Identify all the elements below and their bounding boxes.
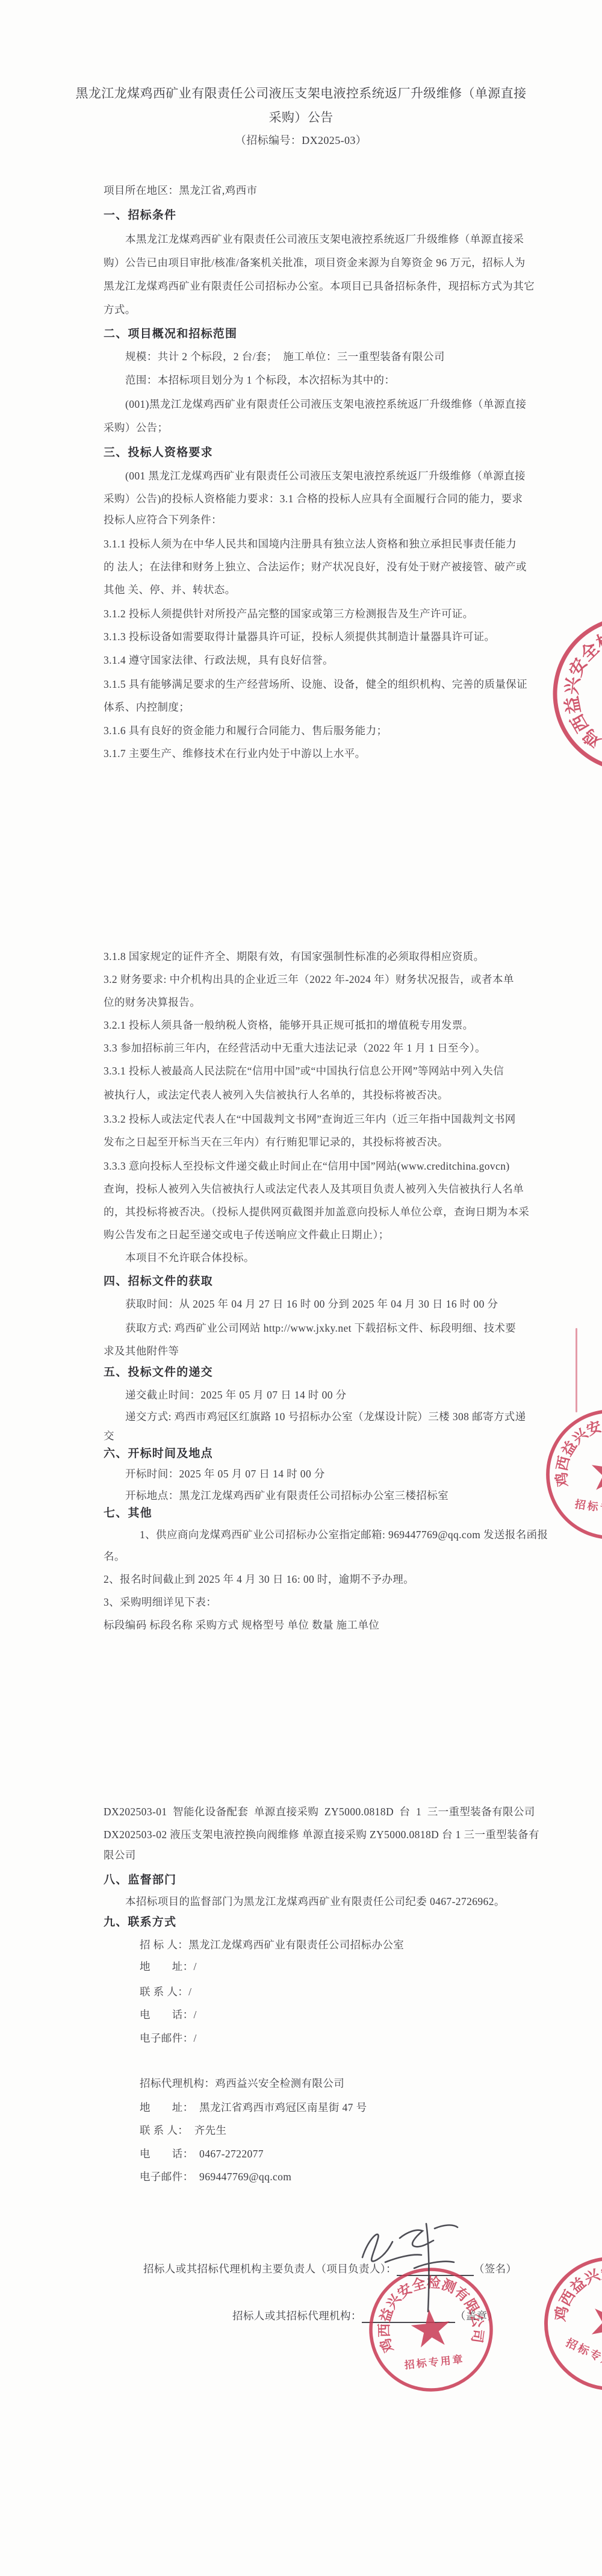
- contact-email: 电子邮件：/: [140, 2032, 197, 2045]
- text-line: 获取时间：从 2025 年 04 月 27 日 16 时 00 分到 2025 …: [125, 1298, 498, 1311]
- section-heading-9: 九、联系方式: [104, 1915, 176, 1930]
- document-page: 招标人或其招标代理机构主要负责人（项目负责人）：（签名） 招标人或其招标代理机构…: [0, 0, 602, 2576]
- document-title-line-2: 采购）公告: [0, 110, 602, 125]
- text-line: 查询，投标人被列入失信被执行人或法定代表人及其项目负责人被列入失信被执行人名单: [104, 1183, 524, 1196]
- text-line: 3.1.2 投标人须提供针对所投产品完整的国家或第三方检测报告及生产许可证。: [104, 608, 474, 621]
- seal-label: 招标人或其招标代理机构：: [232, 2308, 362, 2323]
- signature-underline: [397, 2264, 474, 2276]
- section-heading-4: 四、招标文件的获取: [104, 1274, 213, 1289]
- table-header-row: 标段编码 标段名称 采购方式 规格型号 单位 数量 施工单位: [104, 1619, 379, 1632]
- text-line: 的 法人；在法律和财务上独立、合法运作；财产状况良好，没有处于财产被接管、破产或: [104, 561, 527, 574]
- text-line: 获取方式: 鸡西矿业公司网站 http://www.jxky.net 下载招标文…: [125, 1322, 516, 1335]
- text-line: 3.1.3 投标设备如需要取得计量器具许可证，投标人须提供其制造计量器具许可证。: [104, 631, 495, 644]
- edge-stamp-fragment: 鸡西益兴安全检测有限公司招标专用章: [541, 1404, 602, 1545]
- signature-line: 招标人或其招标代理机构主要负责人（项目负责人）：（签名）: [143, 2261, 517, 2276]
- table-row: DX202503-01 智能化设备配套 单源直接采购 ZY5000.0818D …: [104, 1806, 535, 1819]
- text-line: 2、报名时间截止到 2025 年 4 月 30 日 16: 00 时，逾期不予办…: [104, 1573, 414, 1586]
- section-heading-7: 七、其他: [104, 1506, 152, 1521]
- text-line: 采购）公告；: [104, 422, 168, 435]
- text-line: 本项目不允许联合体投标。: [125, 1252, 255, 1265]
- text-line: 求及其他附件等: [104, 1345, 179, 1358]
- text-line: 开标地点：黑龙江龙煤鸡西矿业有限责任公司招标办公室三楼招标室: [125, 1489, 448, 1503]
- edge-stamp-fragment: 鸡西益兴安全检测有限公司招标专用章: [539, 2251, 602, 2396]
- text-line: 体系、内控制度；: [104, 701, 190, 714]
- star-icon: [588, 1450, 602, 1494]
- table-row: DX202503-02 液压支架电液控换向阀维修 单源直接采购 ZY5000.0…: [104, 1829, 539, 1842]
- text-line: 购）公告已由项目审批/核准/备案机关批准，项目资金来源为自筹资金 96 万元，招…: [104, 257, 526, 270]
- section-heading-8: 八、监督部门: [104, 1873, 176, 1888]
- section-heading-2: 二、项目概况和招标范围: [104, 327, 237, 341]
- text-line: 规模：共计 2 个标段，2 台/套； 施工单位：三一重型装备有限公司: [125, 351, 445, 364]
- text-line: 递交截止时间：2025 年 05 月 07 日 14 时 00 分: [125, 1389, 347, 1402]
- section-heading-1: 一、招标条件: [104, 208, 176, 223]
- text-line: 3.1.6 具有良好的资金能力和履行合同能力、售后服务能力；: [104, 725, 387, 738]
- text-line: 投标人应符合下列条件：: [104, 514, 222, 527]
- text-line: 黑龙江龙煤鸡西矿业有限责任公司招标办公室。本项目已具备招标条件，现招标方式为其它: [104, 280, 535, 293]
- stamp-ink-streak: [576, 1328, 577, 1412]
- signature-label: 招标人或其招标代理机构主要负责人（项目负责人）：: [143, 2261, 397, 2276]
- text-line: 被执行人，或法定代表人被列入失信被执行人名单的，其投标将被否决。: [104, 1089, 448, 1102]
- section-heading-3: 三、投标人资格要求: [104, 446, 213, 460]
- agency-email: 电子邮件： 969447769@qq.com: [140, 2171, 291, 2184]
- contact-person: 联 系 人：/: [140, 1986, 191, 1999]
- text-line: 方式。: [104, 304, 136, 317]
- text-line: 交: [104, 1430, 114, 1443]
- agency-official-stamp: 鸡西益兴安全检测有限公司招标专用章: [364, 2262, 498, 2397]
- text-line: 本招标项目的监督部门为黑龙江龙煤鸡西矿业有限责任公司纪委 0467-272696…: [125, 1895, 505, 1909]
- svg-text:招标专用章: 招标专用章: [574, 1497, 602, 1519]
- text-line: 3.3 参加招标前三年内，在经营活动中无重大违法记录（2022 年 1 月 1 …: [104, 1042, 486, 1055]
- text-line: 的，其投标将被否决。（投标人提供网页截图并加盖意向投标人单位公章，查询日期为本采: [104, 1206, 529, 1219]
- svg-text:招标专用章: 招标专用章: [403, 2353, 465, 2371]
- contact-tenderer: 招 标 人：黑龙江龙煤鸡西矿业有限责任公司招标办公室: [140, 1939, 404, 1952]
- text-line: 3.3.2 投标人或法定代表人在“中国裁判文书网”查询近三年内（近三年指中国裁判…: [104, 1113, 516, 1126]
- section-heading-5: 五、投标文件的递交: [104, 1365, 213, 1380]
- contact-address: 地 址：/: [140, 1960, 197, 1974]
- agency-person: 联 系 人： 齐先生: [140, 2124, 226, 2138]
- star-icon: [596, 659, 602, 725]
- agency-name: 招标代理机构：鸡西益兴安全检测有限公司: [140, 2077, 344, 2091]
- svg-text:鸡西益兴安全检测有限公司: 鸡西益兴安全检测有限公司: [551, 1409, 602, 1503]
- svg-text:招标专用章: 招标专用章: [563, 2336, 602, 2375]
- text-line: 其他 关、停、并、转状态。: [104, 584, 236, 597]
- contact-phone: 电 话：/: [140, 2009, 197, 2022]
- svg-text:鸡西益兴安全检测有限公司: 鸡西益兴安全检测有限公司: [548, 611, 602, 754]
- text-line: 3.3.1 投标人被最高人民法院在“信用中国”或“中国执行信息公开网”等网站中列…: [104, 1065, 504, 1078]
- section-heading-6: 六、开标时间及地点: [104, 1447, 213, 1461]
- svg-text:鸡西益兴安全检测有限公司: 鸡西益兴安全检测有限公司: [548, 2251, 602, 2368]
- text-line: 递交方式: 鸡西市鸡冠区红旗路 10 号招标办公室（龙煤设计院）三楼 308 邮…: [125, 1411, 526, 1424]
- tender-number: （招标编号：DX2025-03）: [0, 134, 602, 148]
- text-line: 3.1.8 国家规定的证件齐全、期限有效，有国家强制性标准的必须取得相应资质。: [104, 950, 484, 964]
- text-line: 3.1.7 主要生产、维修技术在行业内处于中游以上水平。: [104, 747, 366, 761]
- edge-stamp-fragment: 鸡西益兴安全检测有限公司招标专用章: [548, 611, 602, 777]
- text-line: 3.1.1 投标人须为在中华人民共和国境内注册具有独立法人资格和独立承担民事责任…: [104, 538, 517, 551]
- text-line: 1、供应商向龙煤鸡西矿业公司招标办公室指定邮箱: 969447769@qq.co…: [140, 1529, 548, 1542]
- text-line: 采购）公告)的投标人资格能力要求：3.1 合格的投标人应具有全面履行合同的能力，…: [104, 493, 523, 506]
- text-line: 3.3.3 意向投标人至投标文件递交截止时间止在“信用中国”网站(www.cre…: [104, 1160, 510, 1173]
- text-line: 发布之日起至开标当天在三年内）有行贿犯罪记录的，其投标将被否决。: [104, 1136, 448, 1149]
- text-line: (001 黑龙江龙煤鸡西矿业有限责任公司液压支架电液控系统返厂升级维修（单源直接: [125, 470, 526, 483]
- text-line: 3.2 财务要求: 中介机构出具的企业近三年（2022 年-2024 年）财务状…: [104, 973, 514, 987]
- text-line: 购公告发布之日起至递交或电子传送响应文件截止日期止）；: [104, 1229, 389, 1242]
- text-line: 3.1.4 遵守国家法律、行政法规，具有良好信誉。: [104, 654, 334, 667]
- text-line: 3.1.5 具有能够满足要求的生产经营场所、设施、设备，健全的组织机构、完善的质…: [104, 678, 527, 691]
- text-line: 名。: [104, 1550, 125, 1564]
- text-line: 本黑龙江龙煤鸡西矿业有限责任公司液压支架电液控系统返厂升级维修（单源直接采: [125, 233, 524, 246]
- text-line: 范围：本招标项目划分为 1 个标段，本次招标为其中的：: [125, 374, 395, 387]
- text-line: 3.2.1 投标人须具备一般纳税人资格，能够开具正规可抵扣的增值税专用发票。: [104, 1019, 474, 1032]
- text-line: 3、采购明细详见下表：: [104, 1596, 217, 1609]
- agency-phone: 电 话： 0467-2722077: [140, 2148, 264, 2161]
- text-line: (001)黑龙江龙煤鸡西矿业有限责任公司液压支架电液控系统返厂升级维修（单源直接: [125, 398, 526, 411]
- seal-suffix: （盖章）: [455, 2308, 498, 2323]
- agency-address: 地 址： 黑龙江省鸡西市鸡冠区南星街 47 号: [140, 2101, 367, 2115]
- text-line: 位的财务决算报告。: [104, 996, 200, 1009]
- table-row: 限公司: [104, 1849, 136, 1862]
- seal-line: 招标人或其招标代理机构：（盖章）: [232, 2308, 498, 2323]
- document-title-line-1: 黑龙江龙煤鸡西矿业有限责任公司液压支架电液控系统返厂升级维修（单源直接: [0, 86, 602, 101]
- signature-suffix: （签名）: [474, 2261, 517, 2276]
- text-line: 开标时间：2025 年 05 月 07 日 14 时 00 分: [125, 1468, 325, 1481]
- project-region: 项目所在地区：黑龙江省,鸡西市: [104, 184, 257, 198]
- seal-underline: [362, 2311, 455, 2323]
- star-icon: [585, 2295, 602, 2349]
